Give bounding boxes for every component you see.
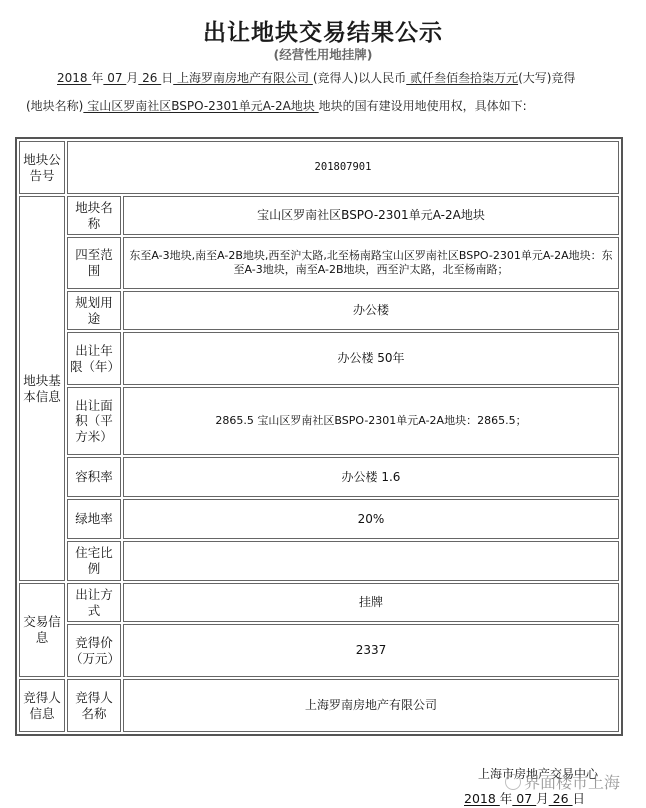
intro-winner: 上海罗南房地产有限公司 (173, 71, 313, 85)
table-row: 交易信息 出让方式 挂牌 (19, 583, 619, 622)
intro-year: 2018 (57, 71, 91, 85)
row-label: 地块名称 (67, 196, 121, 235)
intro-year-unit: 年 (91, 71, 103, 85)
row-value: 2337 (123, 624, 619, 677)
row-label: 住宅比例 (67, 541, 121, 581)
row-label: 出让方式 (67, 583, 121, 622)
table-row-notice: 地块公告号 201807901 (19, 141, 619, 194)
footer-day-unit: 日 (573, 791, 586, 806)
footer-year-unit: 年 (500, 791, 513, 806)
row-label: 竞得人名称 (67, 679, 121, 732)
table-row: 绿地率 20% (19, 499, 619, 539)
row-value: 挂牌 (123, 583, 619, 622)
page-subtitle: (经营性用地挂牌) (0, 45, 646, 63)
row-label: 出让年限（年） (67, 332, 121, 385)
table-row: 容积率 办公楼 1.6 (19, 457, 619, 497)
row-value: 上海罗南房地产有限公司 (123, 679, 619, 732)
page-title: 出让地块交易结果公示 (0, 14, 646, 47)
row-value: 办公楼 (123, 291, 619, 330)
intro-parcel-prefix: (地块名称) (26, 99, 83, 113)
row-value (123, 541, 619, 581)
row-label: 绿地率 (67, 499, 121, 539)
intro-month: 07 (103, 71, 126, 85)
table-row-winner: 竞得人信息 竞得人名称 上海罗南房地产有限公司 (19, 679, 619, 732)
row-value: 2865.5 宝山区罗南社区BSPO-2301单元A-2A地块：2865.5； (123, 387, 619, 455)
intro-parcel-name: 宝山区罗南社区BSPO-2301单元A-2A地块 (83, 99, 318, 113)
intro-amount-suffix: (大写)竞得 (518, 71, 575, 85)
row-label: 出让面积（平方米） (67, 387, 121, 455)
table-row: 地块基本信息 地块名称 宝山区罗南社区BSPO-2301单元A-2A地块 (19, 196, 619, 235)
table-row: 规划用途 办公楼 (19, 291, 619, 330)
intro-parcel-suffix: 地块的国有建设用地使用权，具体如下: (319, 99, 527, 113)
notice-no-label: 地块公告号 (19, 141, 65, 194)
row-value: 办公楼 50年 (123, 332, 619, 385)
footer-month-unit: 月 (536, 791, 549, 806)
table-row: 住宅比例 (19, 541, 619, 581)
row-label: 四至范围 (67, 237, 121, 289)
table-row: 四至范围 东至A-3地块,南至A-2B地块,西至沪太路,北至杨南路宝山区罗南社区… (19, 237, 619, 289)
footer-date: 2018 年 07 月 26 日 (464, 789, 585, 807)
footer-month: 07 (512, 791, 536, 806)
intro-day: 26 (138, 71, 161, 85)
footer-day: 26 (549, 791, 573, 806)
footer-year: 2018 (464, 791, 500, 806)
notice-no-value: 201807901 (67, 141, 619, 194)
wechat-icon (505, 774, 521, 790)
row-value: 东至A-3地块,南至A-2B地块,西至沪太路,北至杨南路宝山区罗南社区BSPO-… (123, 237, 619, 289)
row-label: 规划用途 (67, 291, 121, 330)
row-value: 宝山区罗南社区BSPO-2301单元A-2A地块 (123, 196, 619, 235)
row-label: 竞得价（万元） (67, 624, 121, 677)
intro-line-2: (地块名称) 宝山区罗南社区BSPO-2301单元A-2A地块 地块的国有建设用… (26, 97, 646, 114)
winner-info-label: 竞得人信息 (19, 679, 65, 732)
row-label: 容积率 (67, 457, 121, 497)
basic-info-label: 地块基本信息 (19, 196, 65, 581)
land-result-table: 地块公告号 201807901 地块基本信息 地块名称 宝山区罗南社区BSPO-… (15, 137, 623, 736)
intro-line-1: 2018 年 07 月 26 日 上海罗南房地产有限公司 (竞得人)以人民币 贰… (57, 69, 646, 86)
row-value: 20% (123, 499, 619, 539)
table-row: 出让面积（平方米） 2865.5 宝山区罗南社区BSPO-2301单元A-2A地… (19, 387, 619, 455)
intro-month-unit: 月 (126, 71, 138, 85)
intro-amount: 贰仟叁佰叁拾柒万元 (406, 71, 518, 85)
intro-winner-suffix: (竞得人)以人民币 (313, 71, 406, 85)
table-row: 竞得价（万元） 2337 (19, 624, 619, 677)
row-value: 办公楼 1.6 (123, 457, 619, 497)
intro-day-unit: 日 (161, 71, 173, 85)
table-row: 出让年限（年） 办公楼 50年 (19, 332, 619, 385)
trade-info-label: 交易信息 (19, 583, 65, 677)
